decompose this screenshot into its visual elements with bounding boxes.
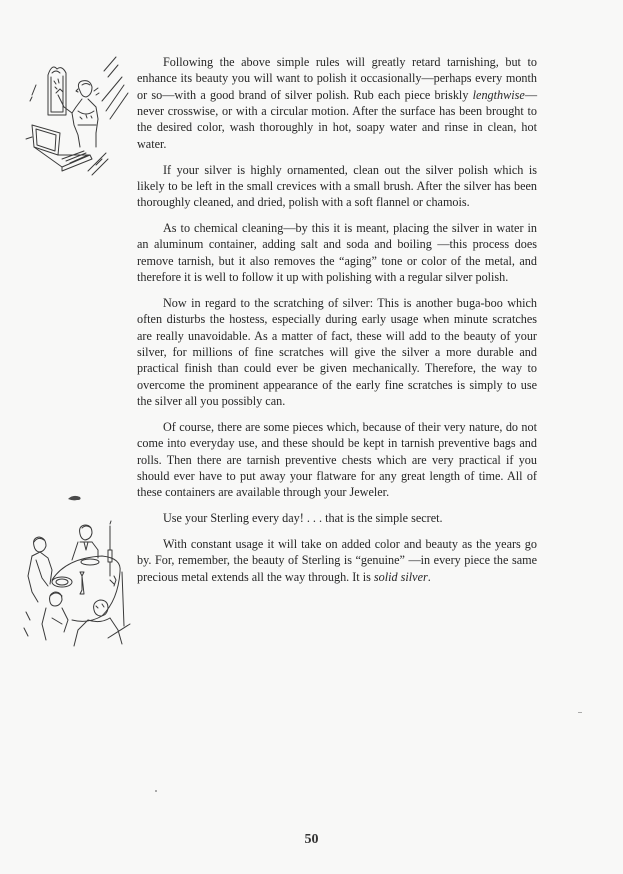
paragraph-text: . <box>428 570 431 584</box>
paragraph: Of course, there are some pieces which, … <box>137 419 537 501</box>
paragraph-text: As to chemical cleaning—by this it is me… <box>137 221 537 284</box>
paragraph-text: Now in regard to the scratching of silve… <box>137 296 537 408</box>
paragraph: As to chemical cleaning—by this it is me… <box>137 220 537 285</box>
paragraph: If your silver is highly ornamented, cle… <box>137 162 537 211</box>
woman-polishing-silver-illustration <box>22 55 132 180</box>
book-page: Following the above simple rules will gr… <box>0 0 623 874</box>
paragraph-text: Use your Sterling every day! . . . that … <box>163 511 443 525</box>
paragraph-text: Of course, there are some pieces which, … <box>137 420 537 499</box>
paragraph: Use your Sterling every day! . . . that … <box>137 510 537 526</box>
paragraph-text: With constant usage it will take on adde… <box>137 537 537 584</box>
paragraph: Now in regard to the scratching of silve… <box>137 295 537 409</box>
emphasized-text: lengthwise <box>473 88 525 102</box>
paragraph: With constant usage it will take on adde… <box>137 536 537 585</box>
dinner-table-illustration <box>22 520 137 655</box>
paragraph-text: If your silver is highly ornamented, cle… <box>137 163 537 210</box>
emphasized-text: solid silver <box>374 570 428 584</box>
body-text: Following the above simple rules will gr… <box>137 54 537 594</box>
paper-speck <box>578 712 582 713</box>
ink-fleck-decoration <box>67 494 83 502</box>
paper-speck <box>155 790 157 792</box>
page-number: 50 <box>0 832 623 848</box>
paragraph: Following the above simple rules will gr… <box>137 54 537 152</box>
